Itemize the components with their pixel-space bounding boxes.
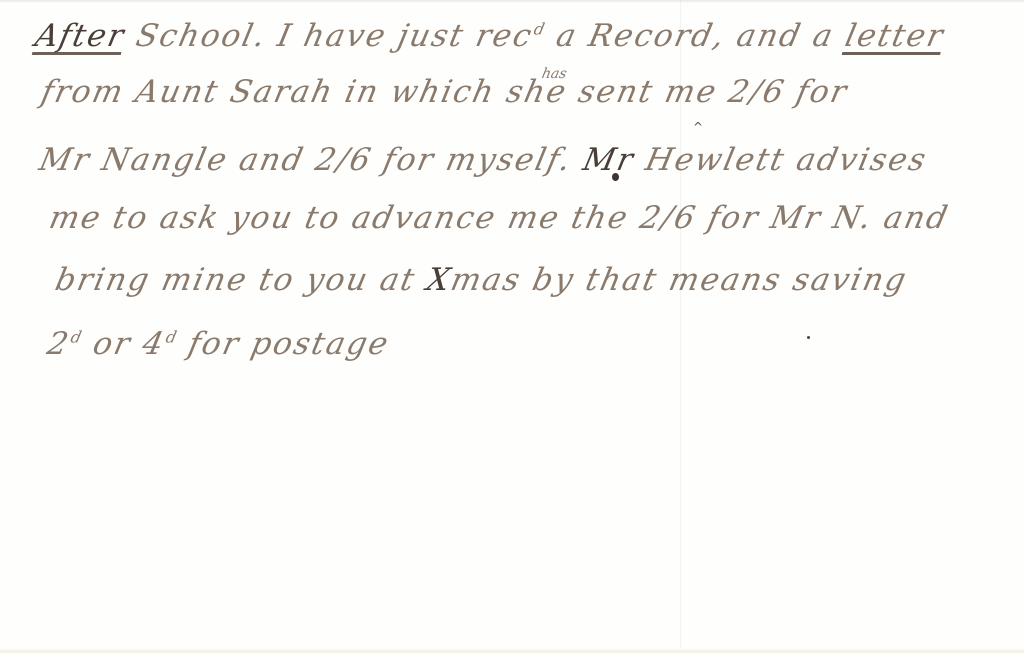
text-span: me to ask you to advance me the 2/6 for … [46, 200, 952, 236]
text-span-mr: Mr [568, 142, 638, 178]
letter-line-2: from Aunt Sarah in which she sent me 2/6… [38, 74, 852, 110]
letter-line-3: Mr Nangle and 2/6 for myself. Mr Hewlett… [36, 142, 931, 178]
underlined-word-letter: letter [842, 18, 948, 54]
letter-line-6: 2d or 4d for postage [44, 326, 393, 362]
text-span: Hewlett advises [630, 142, 930, 178]
text-span: or 4 [78, 326, 169, 362]
letter-line-5: bring mine to you at Xmas by that means … [52, 262, 911, 298]
heading-after-school: After [32, 18, 129, 54]
ink-blot [612, 173, 619, 181]
paper-speck [807, 336, 810, 339]
paper-top-edge [0, 0, 1024, 3]
text-span: bring mine to you at [52, 262, 431, 298]
letter-line-1: After School. I have just recd a Record,… [32, 18, 948, 54]
text-span: Mr Nangle and 2/6 for myself. [36, 142, 576, 178]
text-span: for postage [173, 326, 393, 362]
text-span: mas by that means saving [448, 262, 911, 298]
letter-page: After School. I have just recd a Record,… [0, 0, 1024, 654]
text-span: from Aunt Sarah in which she sent me 2/6… [38, 74, 852, 110]
letter-line-4: me to ask you to advance me the 2/6 for … [46, 200, 952, 236]
insertion-caret-icon: ^ [693, 120, 703, 134]
text-span: a Record, and a [541, 18, 849, 54]
text-span: School. I have just rec [121, 18, 537, 54]
paper-bottom-edge [0, 648, 1024, 654]
